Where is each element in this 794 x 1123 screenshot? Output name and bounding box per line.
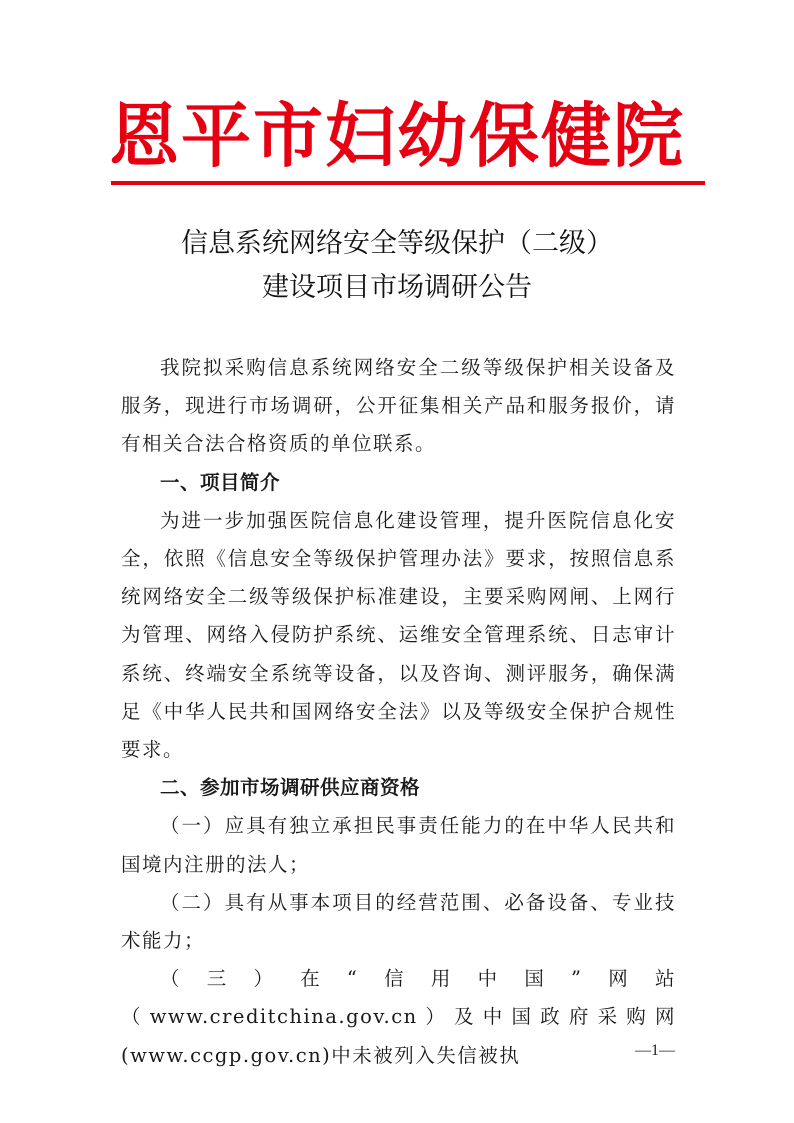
- document-body: 我院拟采购信息系统网络安全二级等级保护相关设备及服务，现进行市场调研，公开征集相…: [121, 349, 676, 1075]
- qualification-item-3: （三）在“信用中国”网站（www.creditchina.gov.cn）及中国政…: [121, 960, 676, 1075]
- document-title: 信息系统网络安全等级保护（二级） 建设项目市场调研公告: [0, 222, 794, 310]
- section-2-heading: 二、参加市场调研供应商资格: [121, 769, 676, 807]
- document-title-line-2: 建设项目市场调研公告: [0, 266, 794, 310]
- qualification-item-2: （二）具有从事本项目的经营范围、必备设备、专业技术能力；: [121, 884, 676, 960]
- qualification-item-1: （一）应具有独立承担民事责任能力的在中华人民共和国境内注册的法人；: [121, 807, 676, 883]
- masthead-org-name: 恩平市妇幼保健院: [0, 94, 794, 178]
- intro-paragraph: 我院拟采购信息系统网络安全二级等级保护相关设备及服务，现进行市场调研，公开征集相…: [121, 349, 676, 464]
- section-1-paragraph: 为进一步加强医院信息化建设管理，提升医院信息化安全，依照《信息安全等级保护管理办…: [121, 502, 676, 769]
- page-number: —1—: [620, 1042, 690, 1060]
- document-title-line-1: 信息系统网络安全等级保护（二级）: [0, 222, 794, 266]
- masthead-red-divider: [111, 181, 705, 185]
- section-1-heading: 一、项目简介: [121, 464, 676, 502]
